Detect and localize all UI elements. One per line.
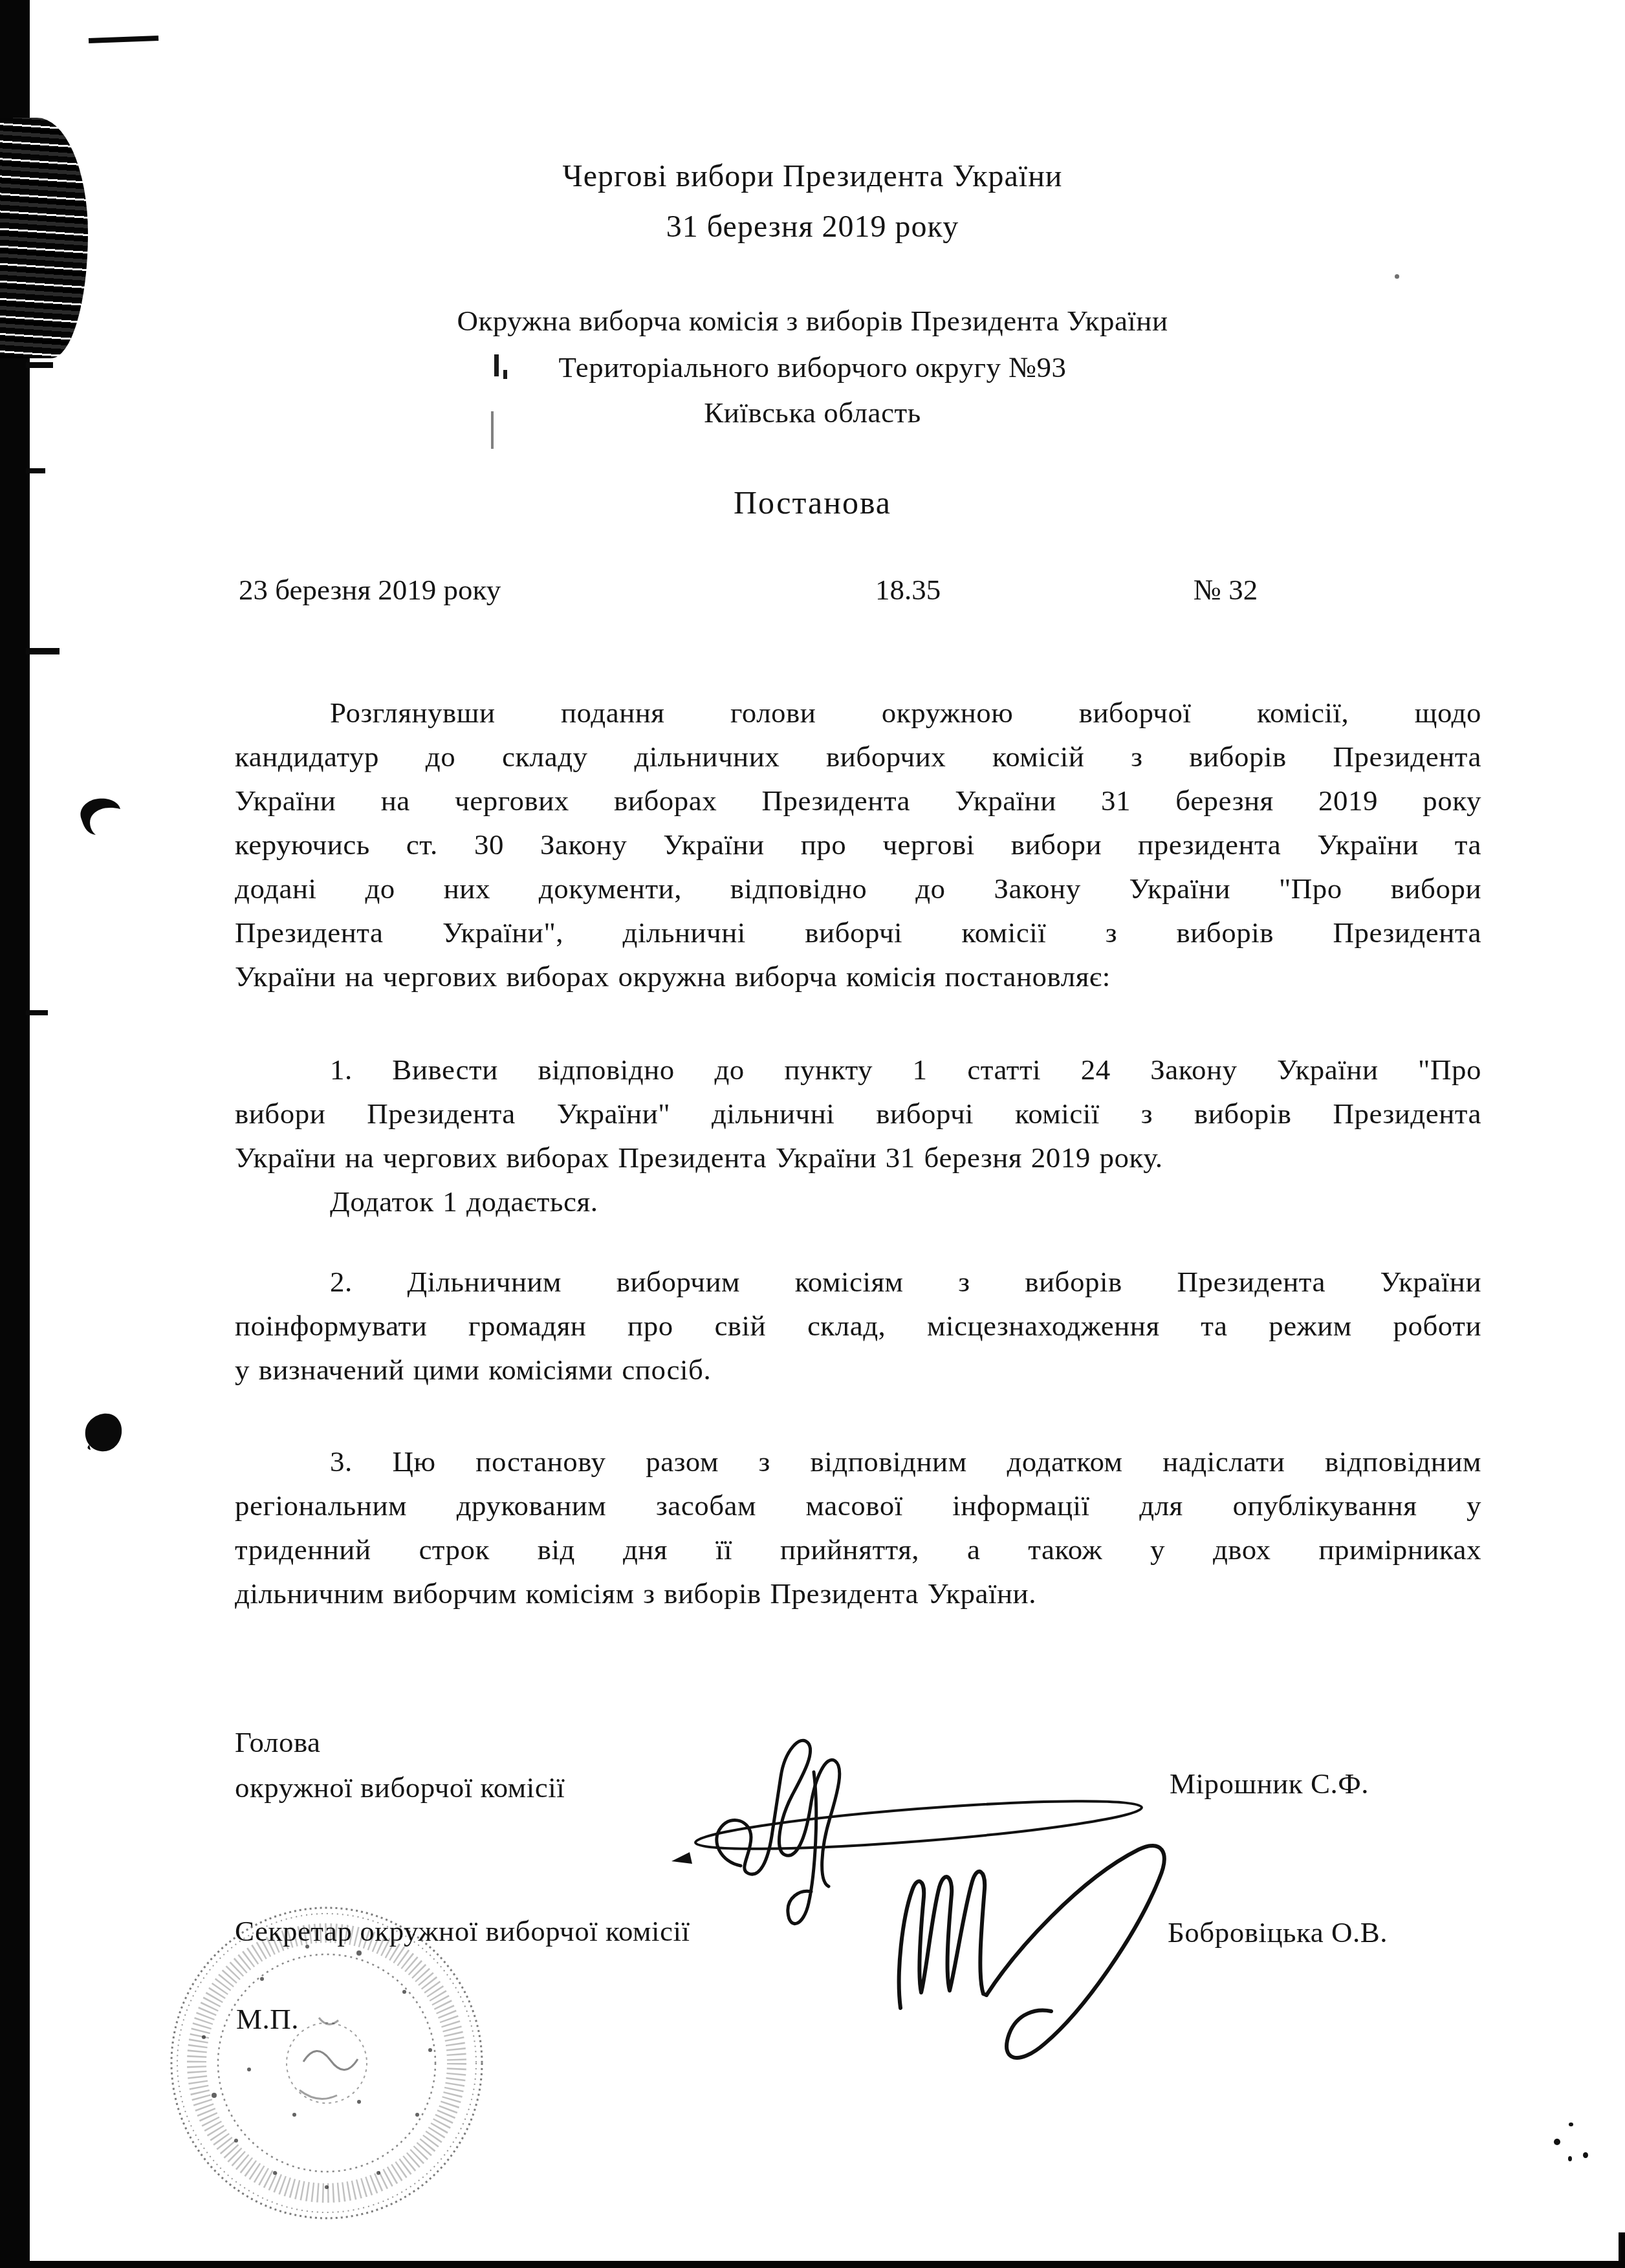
scan-speck: [1395, 274, 1399, 279]
item1-line: вибори Президента України" дільничні виб…: [235, 1092, 1481, 1136]
head-name: Мірошник С.Ф.: [1170, 1767, 1369, 1800]
item1-line: України на чергових виборах Президента У…: [235, 1136, 1481, 1180]
scanned-document-page: Чергові вибори Президента України 31 бер…: [0, 0, 1625, 2268]
item2-line: у визначений цими комісіями спосіб.: [235, 1348, 1481, 1392]
item2-line: 2. Дільничним виборчим комісіям з виборі…: [235, 1260, 1481, 1304]
scan-speck: [1554, 2139, 1560, 2145]
meta-row: 23 березня 2019 року 18.35 № 32: [235, 573, 1481, 612]
item3-line: дільничним виборчим комісіям з виборів П…: [235, 1571, 1481, 1615]
head-role-line1: Голова: [235, 1725, 321, 1759]
ink-blob-crescent: [76, 792, 125, 847]
preamble-line: додані до них документи, відповідно до З…: [235, 867, 1481, 911]
commission-name-line2: Територіального виборчого округу №93: [0, 351, 1625, 384]
resolution-item-2: 2. Дільничним виборчим комісіям з виборі…: [235, 1260, 1481, 1392]
doc-time: 18.35: [875, 573, 941, 607]
resolution-item-3: 3. Цю постанову разом з відповідним дода…: [235, 1440, 1481, 1615]
commission-name-line1: Окружна виборча комісія з виборів Презид…: [0, 304, 1625, 338]
preamble-line: України на чергових виборах Президента У…: [235, 779, 1481, 823]
item3-line: 3. Цю постанову разом з відповідним дода…: [235, 1440, 1481, 1484]
preamble-line: Розглянувши подання голови окружною вибо…: [235, 691, 1481, 735]
item3-line: триденний строк від дня її прийняття, а …: [235, 1528, 1481, 1571]
preamble-line: України на чергових виборах окружна вибо…: [235, 955, 1481, 999]
item1-line: 1. Вивести відповідно до пункту 1 статті…: [235, 1048, 1481, 1092]
resolution-item-1: 1. Вивести відповідно до пункту 1 статті…: [235, 1048, 1481, 1224]
ink-blob-dot: [82, 1411, 125, 1455]
preamble-line: кандидатур до складу дільничних виборчих…: [235, 735, 1481, 779]
head-role-line2: окружної виборчої комісії: [235, 1771, 565, 1804]
preamble-line: Президента України", дільничні виборчі к…: [235, 911, 1481, 955]
round-seal-stamp: [165, 1901, 488, 2225]
preamble-paragraph: Розглянувши подання голови окружною вибо…: [235, 691, 1481, 999]
secretary-name: Бобровіцька О.В.: [1168, 1916, 1388, 1949]
preamble-line: керуючись ст. 30 Закону України про черг…: [235, 823, 1481, 867]
scan-speck: [1583, 2152, 1588, 2158]
item1-note: Додаток 1 додається.: [235, 1180, 1481, 1224]
doc-title-line1: Чергові вибори Президента України: [0, 158, 1625, 194]
item3-line: регіональним друкованим засобам масової …: [235, 1484, 1481, 1528]
item2-line: поінформувати громадян про свій склад, м…: [235, 1304, 1481, 1348]
doc-title-line2: 31 березня 2019 року: [0, 209, 1625, 244]
doc-date: 23 березня 2019 року: [239, 573, 501, 607]
scan-right-sliver: [1619, 2232, 1625, 2268]
scan-streak: [26, 468, 45, 473]
scan-speck: [1569, 2122, 1573, 2126]
scan-speck: [1568, 2156, 1572, 2161]
commission-name-line3: Київська область: [0, 396, 1625, 429]
doc-type-heading: Постанова: [0, 484, 1625, 521]
doc-number: № 32: [1194, 573, 1258, 607]
secretary-signature: [867, 1820, 1177, 2079]
scan-streak: [26, 1010, 48, 1015]
scan-bottom-strip: [0, 2261, 1625, 2268]
scan-dash-mark: [89, 36, 158, 43]
scan-streak: [26, 648, 60, 654]
